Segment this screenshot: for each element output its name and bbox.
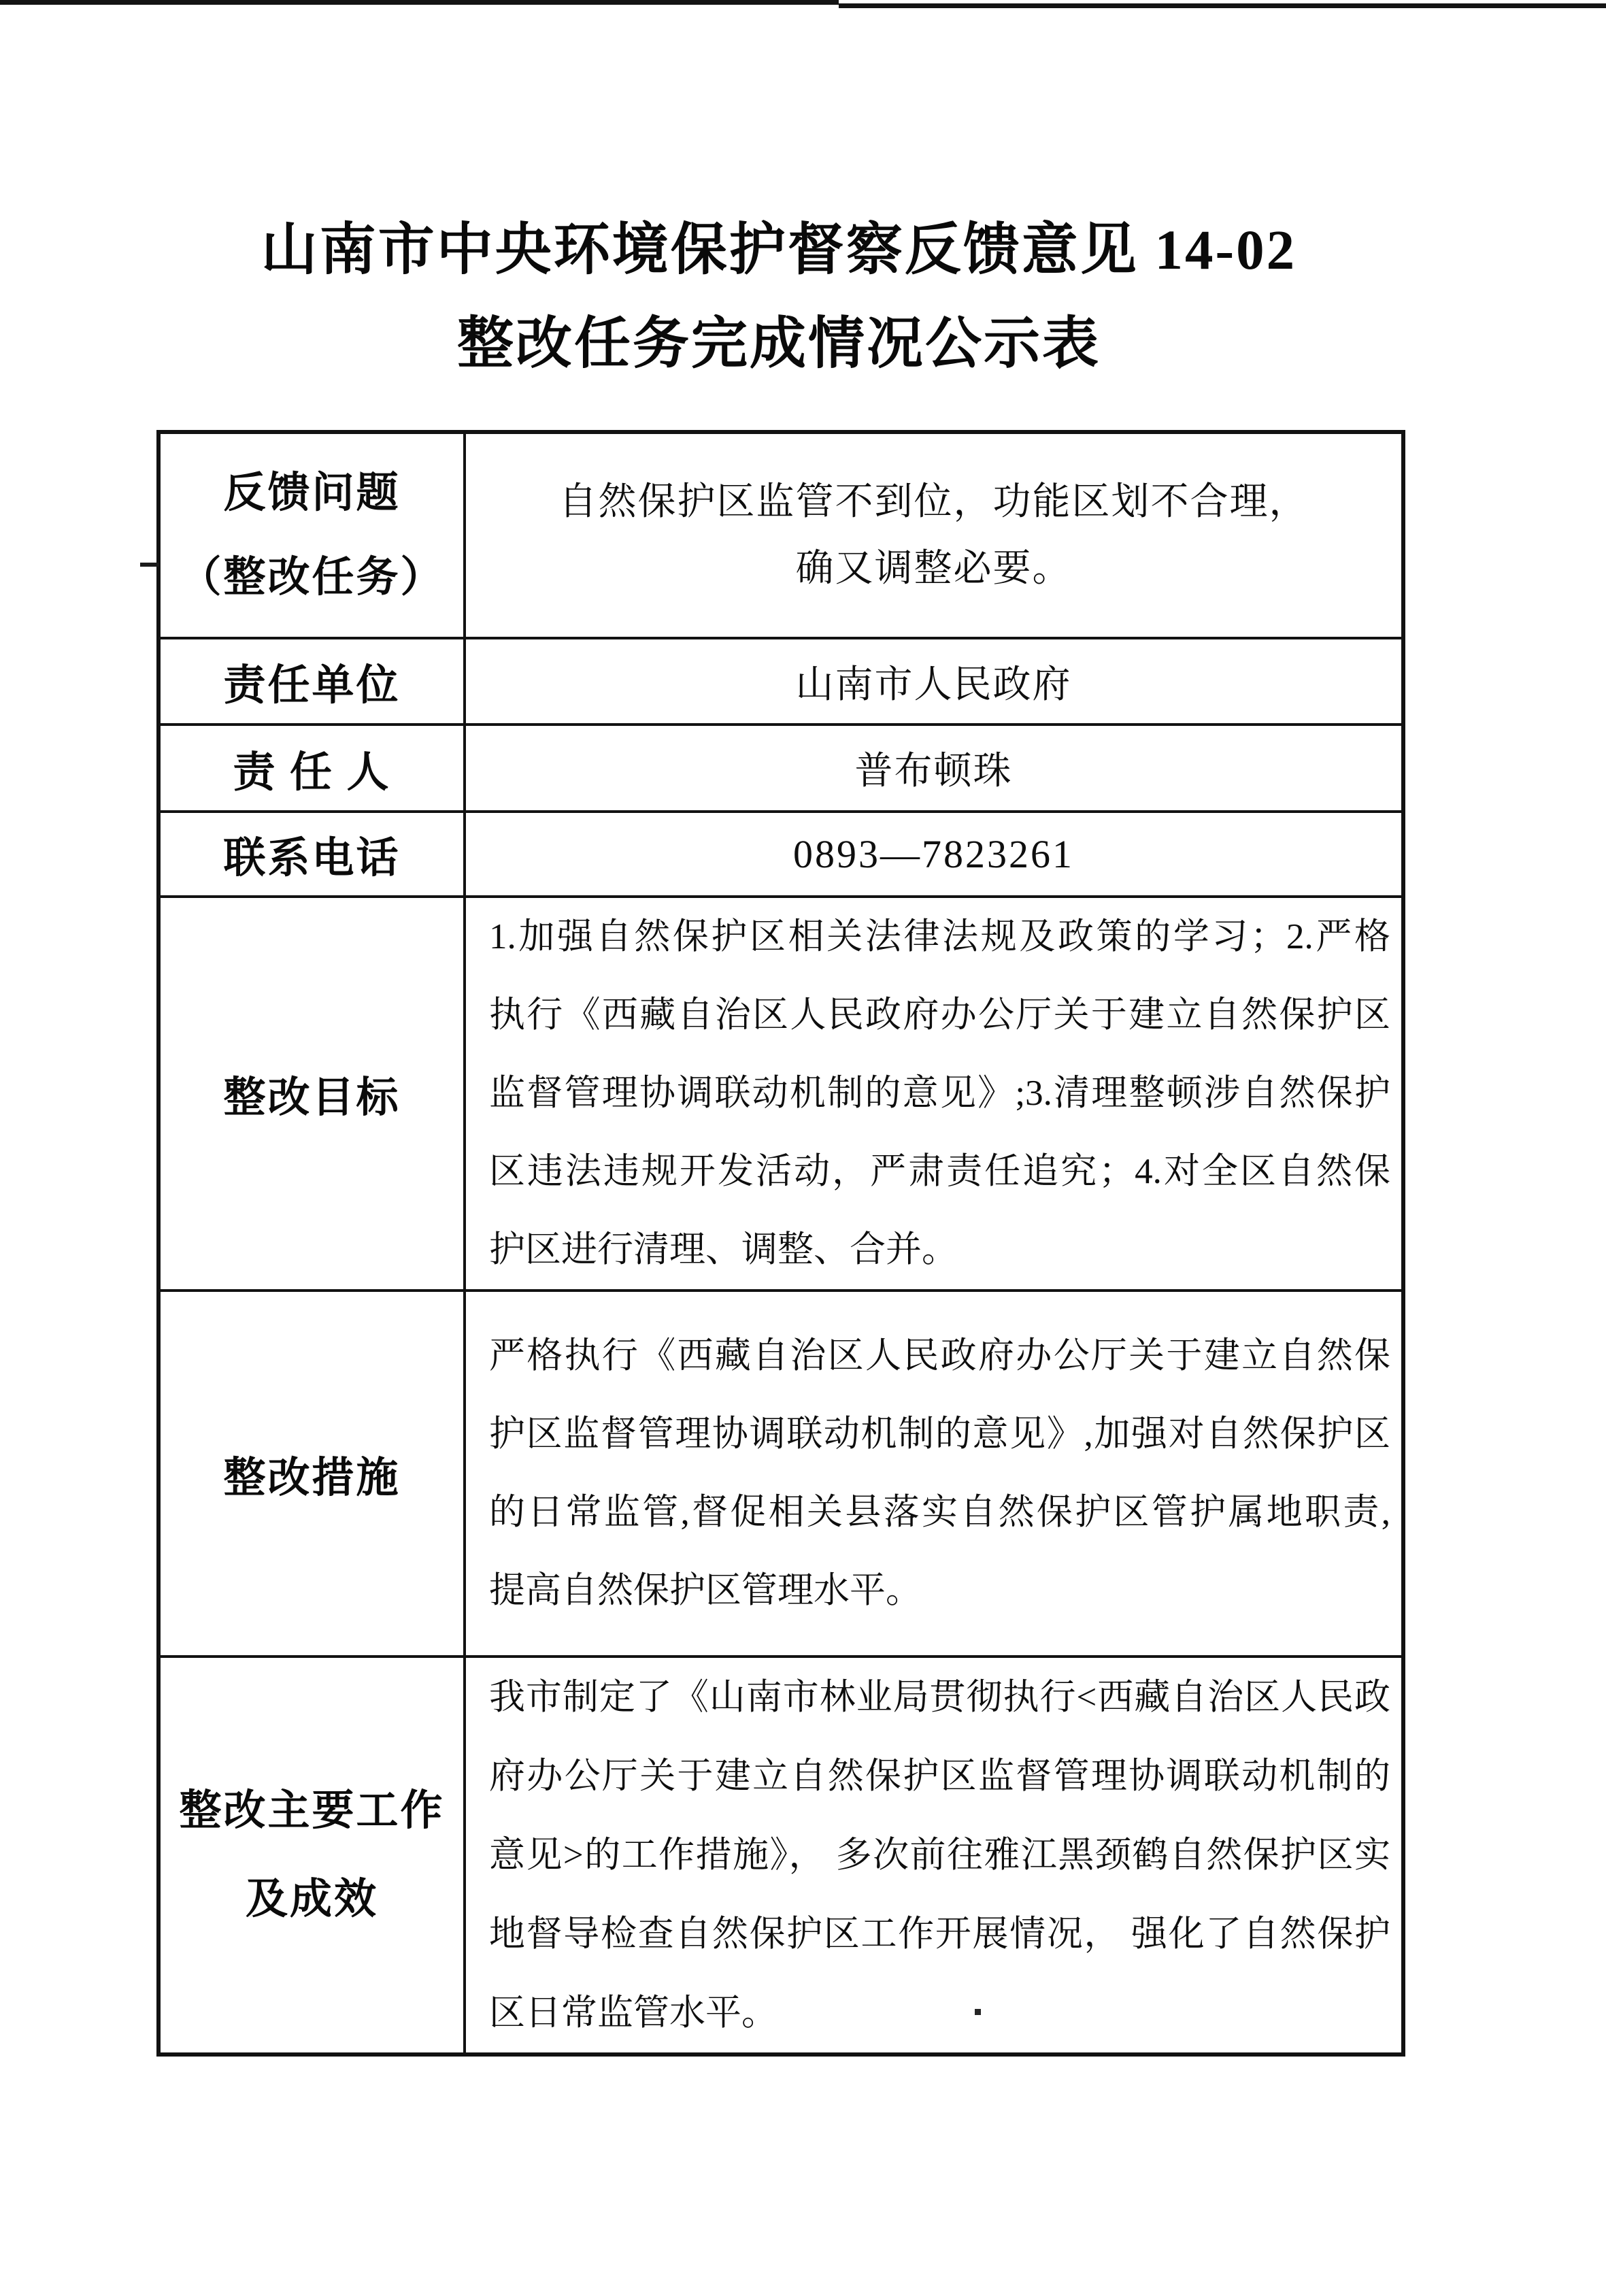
row-rectification-work-results: 整改主要工作 及成效 我市制定了《山南市林业局贯彻执行<西藏自治区人民政 府办公… — [158, 1657, 1403, 2054]
row-rectification-goal: 整改目标 1.加强自然保护区相关法律法规及政策的学习；2.严格 执行《西藏自治区… — [158, 897, 1403, 1291]
row-feedback-problem: 反馈问题 （整改任务） 自然保护区监管不到位，功能区划不合理， 确又调整必要。 — [158, 432, 1403, 638]
scan-speck-artifact-dot — [975, 2009, 981, 2015]
row-responsible-person: 责 任 人 普布顿珠 — [158, 725, 1403, 812]
scan-speck-artifact-left-border — [140, 563, 159, 567]
row-rectification-measures: 整改措施 严格执行《西藏自治区人民政府办公厅关于建立自然保 护区监督管理协调联动… — [158, 1291, 1403, 1657]
rectification-measures-value: 严格执行《西藏自治区人民政府办公厅关于建立自然保 护区监督管理协调联动机制的意见… — [465, 1291, 1403, 1657]
rectification-work-label: 整改主要工作 及成效 — [158, 1657, 465, 2054]
feedback-problem-value: 自然保护区监管不到位，功能区划不合理， 确又调整必要。 — [465, 432, 1403, 638]
scan-edge-artifact-right — [839, 3, 1606, 8]
document-title-line1: 山南市中央环境保护督察反馈意见 14-02 — [156, 203, 1401, 297]
scan-edge-artifact-left — [0, 0, 839, 5]
feedback-problem-label: 反馈问题 （整改任务） — [158, 432, 465, 638]
responsible-person-label: 责 任 人 — [158, 725, 465, 812]
rectification-goal-label: 整改目标 — [158, 897, 465, 1291]
contact-phone-label: 联系电话 — [158, 812, 465, 897]
responsible-unit-label: 责任单位 — [158, 638, 465, 725]
document-title-line2: 整改任务完成情况公示表 — [156, 297, 1401, 390]
contact-phone-value: 0893—7823261 — [465, 812, 1403, 897]
responsible-person-value: 普布顿珠 — [465, 725, 1403, 812]
rectification-measures-label: 整改措施 — [158, 1291, 465, 1657]
rectification-work-value: 我市制定了《山南市林业局贯彻执行<西藏自治区人民政 府办公厅关于建立自然保护区监… — [465, 1657, 1403, 2054]
document-title: 山南市中央环境保护督察反馈意见 14-02 整改任务完成情况公示表 — [156, 203, 1401, 390]
row-contact-phone: 联系电话 0893—7823261 — [158, 812, 1403, 897]
responsible-unit-value: 山南市人民政府 — [465, 638, 1403, 725]
row-responsible-unit: 责任单位 山南市人民政府 — [158, 638, 1403, 725]
rectification-disclosure-table: 反馈问题 （整改任务） 自然保护区监管不到位，功能区划不合理， 确又调整必要。 … — [156, 430, 1405, 2057]
rectification-goal-value: 1.加强自然保护区相关法律法规及政策的学习；2.严格 执行《西藏自治区人民政府办… — [465, 897, 1403, 1291]
